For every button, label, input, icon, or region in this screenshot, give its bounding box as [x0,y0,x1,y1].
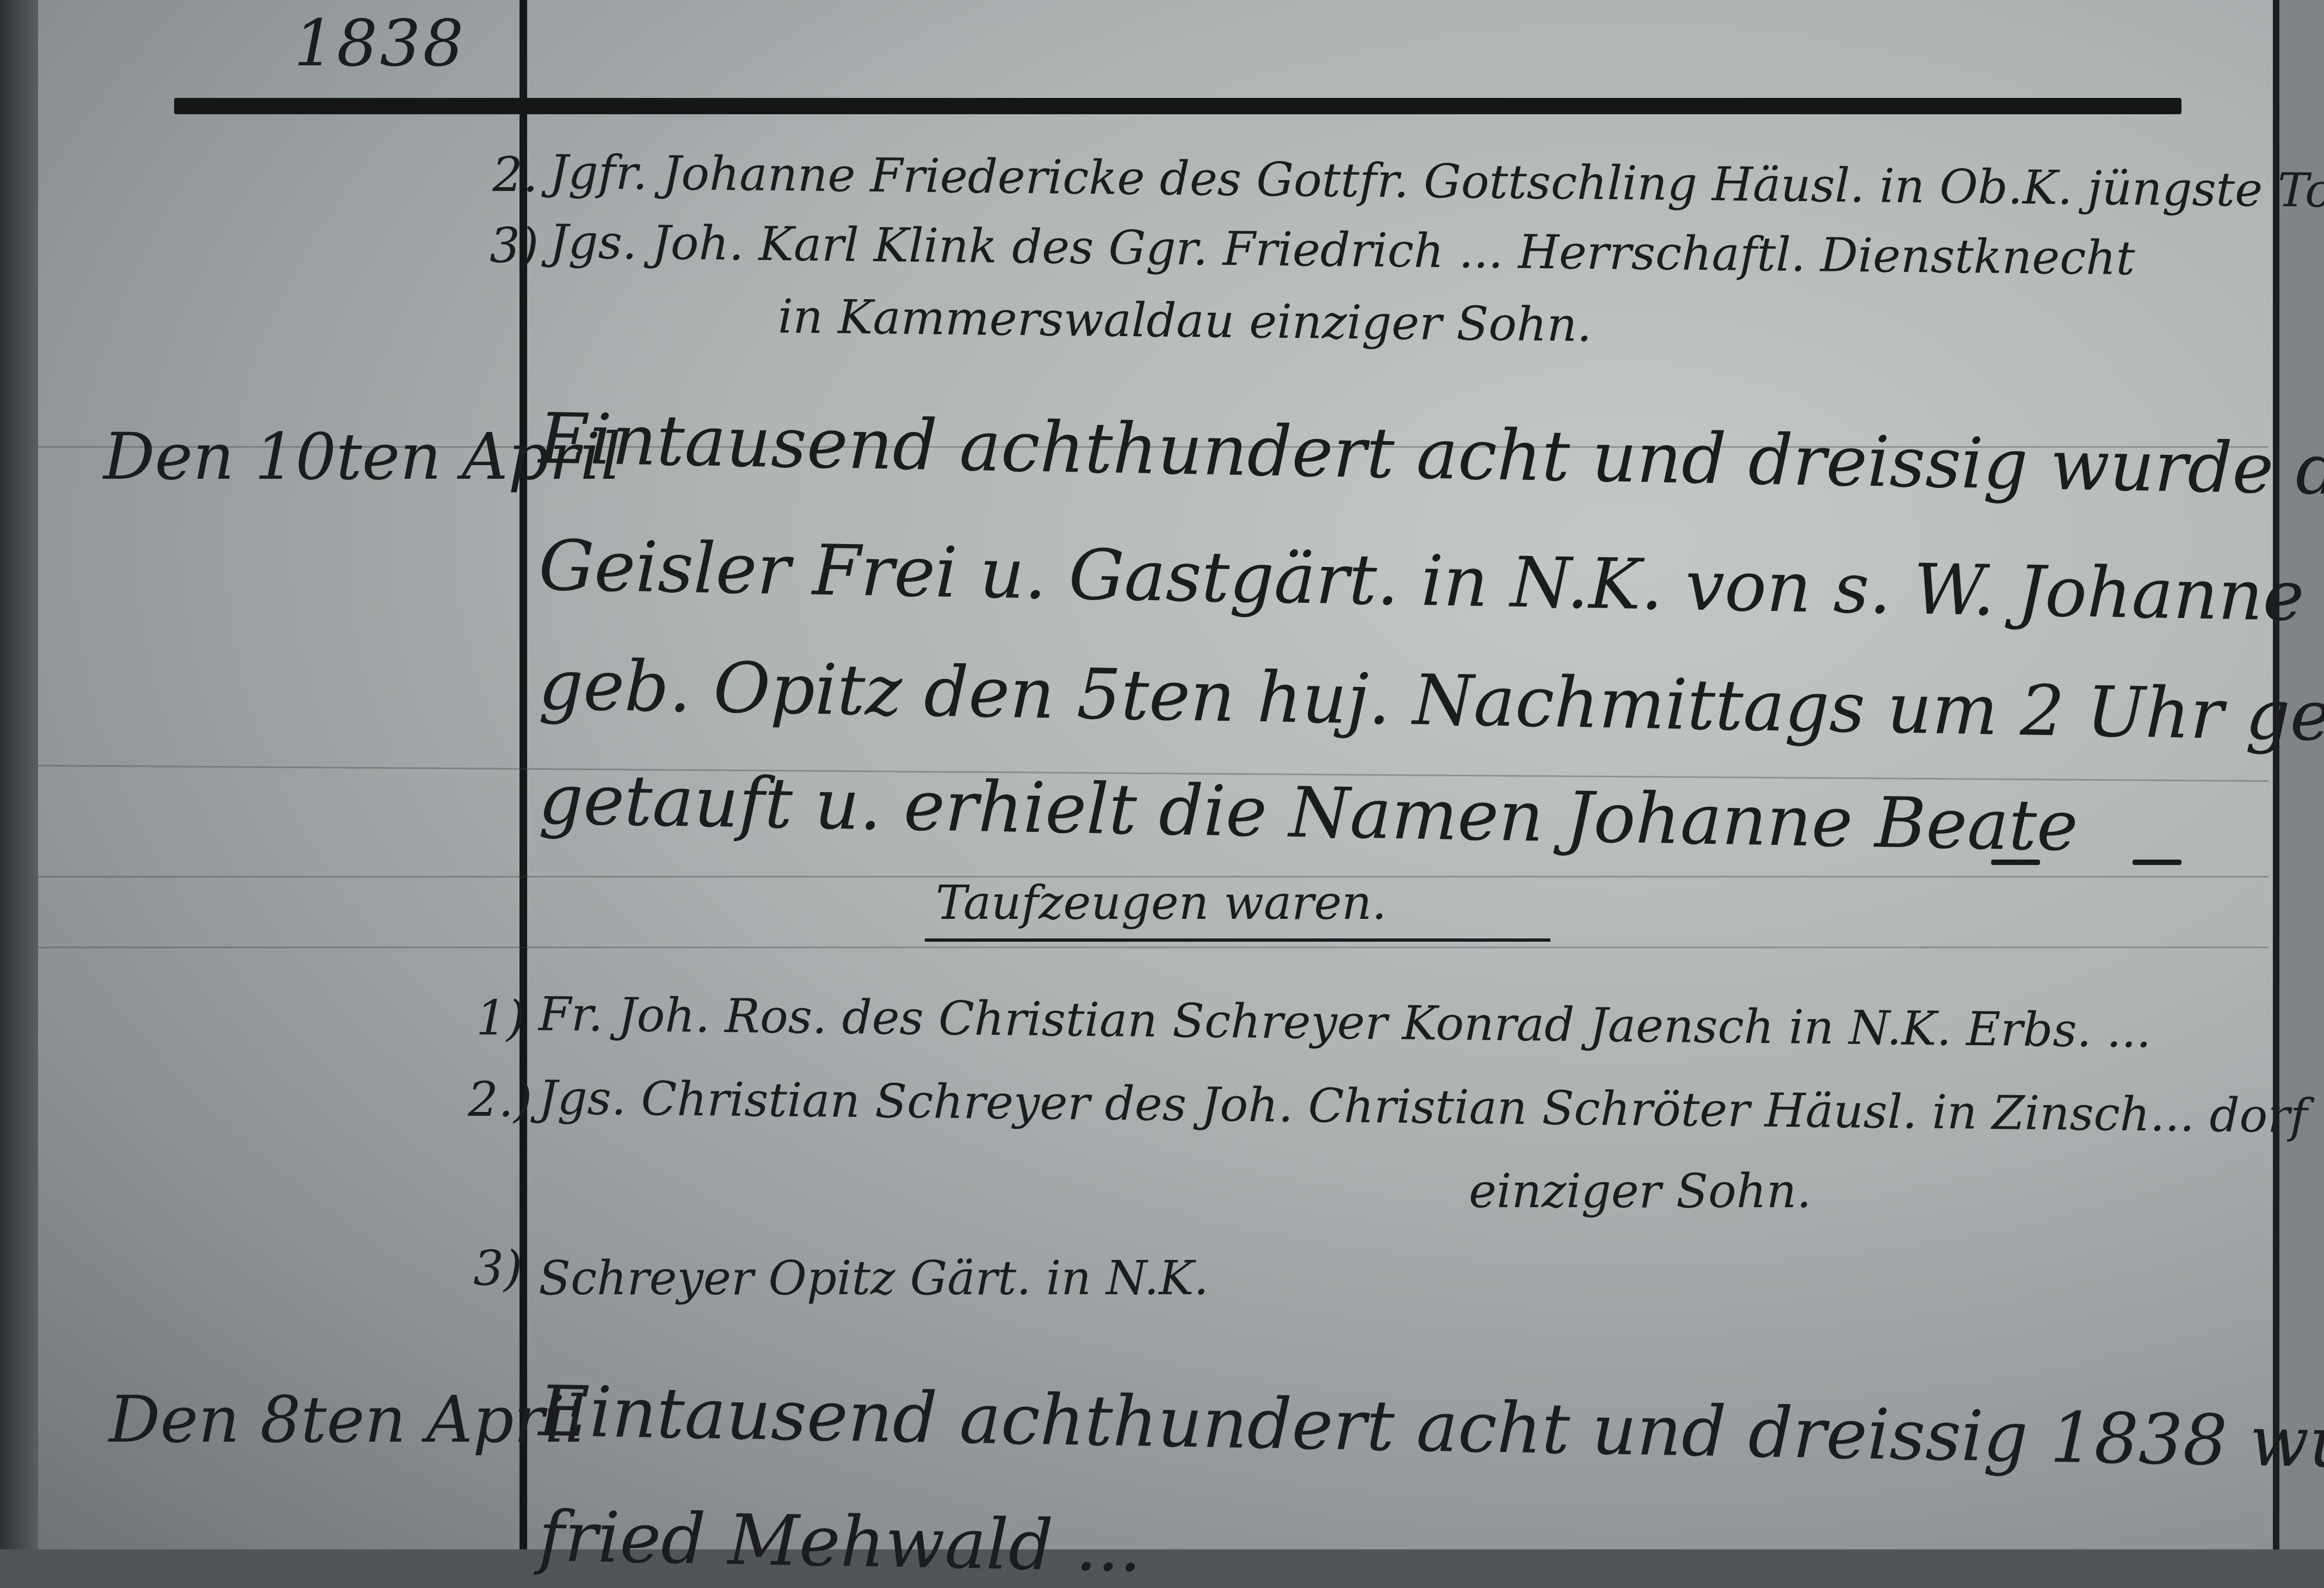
filler-dash [1991,860,2040,865]
entry-text-line: geb. Opitz den 5ten huj. Nachmittags um … [538,645,2324,764]
sponsor-number: 3) [490,218,539,274]
sponsor-line: Fr. Joh. Ros. des Christian Schreyer Kon… [539,987,2152,1058]
sponsor-number: 3) [473,1240,522,1296]
sponsor-number: 1) [476,990,525,1046]
header-rule [174,98,2181,114]
sponsor-line: Jgs. Joh. Karl Klink des Ggr. Friedrich … [549,215,2135,286]
entry-text-line: fried Mehwald ... [538,1496,1142,1549]
sponsor-line: Jgfr. Johanne Friedericke des Gottfr. Go… [549,145,2324,220]
page-border-right [2273,0,2279,1549]
register-page: 1838 2. Jgfr. Johanne Friedericke des Go… [0,0,2324,1549]
sponsor-number: 2. [492,147,538,203]
year-header: 1838 [294,5,466,81]
entry-text-line: Eintausend achthundert acht und dreissig… [538,398,2324,521]
sponsor-line: Jgs. Christian Schreyer des Joh. Christi… [539,1071,2308,1144]
filler-dash [2133,860,2181,865]
ruled-line [38,947,2269,948]
sponsor-line: Schreyer Opitz Gärt. in N.K. [539,1251,1209,1306]
entry-text-line: Eintausend achthundert acht und dreissig… [538,1371,2324,1496]
sponsor-line: in Kammerswaldau einziger Sohn. [778,289,1592,353]
page-edge [2279,0,2324,1549]
book-spine-shadow [0,0,38,1549]
entry-text-line: getauft u. erhielt die Namen Johanne Bea… [538,759,2079,867]
entry-text-line: Geisler Frei u. Gastgärt. in N.K. von s.… [538,525,2324,644]
sponsor-number: 2.) [468,1072,532,1128]
entry-date: Den 8ten April [109,1382,585,1457]
sponsor-line: einziger Sohn. [1469,1164,1812,1219]
heading-underline [925,938,1550,942]
section-heading: Taufzeugen waren. [936,876,1387,930]
